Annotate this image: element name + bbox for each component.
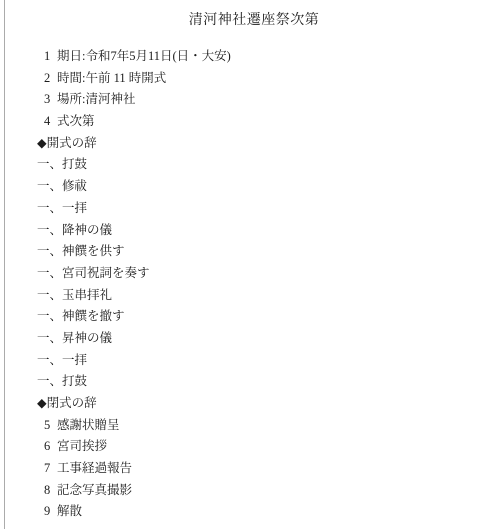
program-line: 6宮司挨拶: [37, 436, 490, 458]
line-text: 一、打鼓: [37, 157, 87, 171]
line-text: 期日:令和7年5月11日(日・大安): [57, 49, 231, 63]
line-text: 一、修祓: [37, 179, 87, 193]
line-number: 5: [44, 415, 57, 437]
line-text: 一、神饌を供す: [37, 244, 125, 258]
document-title: 清河神社遷座祭次第: [8, 9, 500, 29]
program-line: 一、玉串拝礼: [37, 285, 490, 307]
program-line: 5感謝状贈呈: [37, 415, 490, 437]
line-text: 時間:午前 11 時開式: [57, 71, 166, 85]
program-line: 一、修祓: [37, 176, 490, 198]
line-text: 解散: [57, 504, 82, 518]
program-line: 一、一拝: [37, 198, 490, 220]
program-line: 8記念写真撮影: [37, 480, 490, 502]
line-text: 宮司挨拶: [57, 439, 107, 453]
program-line: ◆閉式の辞: [37, 393, 490, 415]
line-text: ◆開式の辞: [37, 136, 97, 150]
line-number: 4: [44, 111, 57, 133]
program-line: 一、打鼓: [37, 154, 490, 176]
line-text: 一、打鼓: [37, 374, 87, 388]
line-text: 一、昇神の儀: [37, 331, 112, 345]
program-line: 1期日:令和7年5月11日(日・大安): [37, 46, 490, 68]
line-text: 一、玉串拝礼: [37, 288, 112, 302]
line-number: 9: [44, 501, 57, 523]
program-line: 3場所:清河神社: [37, 89, 490, 111]
program-line: 一、打鼓: [37, 371, 490, 393]
program-line: 一、神饌を供す: [37, 241, 490, 263]
document-body: 1期日:令和7年5月11日(日・大安)2時間:午前 11 時開式3場所:清河神社…: [37, 46, 490, 523]
line-text: 一、神饌を撤す: [37, 309, 125, 323]
program-line: ◆開式の辞: [37, 133, 490, 155]
program-line: 9解散: [37, 501, 490, 523]
line-number: 8: [44, 480, 57, 502]
line-number: 3: [44, 89, 57, 111]
program-line: 4式次第: [37, 111, 490, 133]
program-line: 一、昇神の儀: [37, 328, 490, 350]
page-edge-line: [4, 0, 5, 529]
line-text: 一、一拝: [37, 201, 87, 215]
line-text: 工事経過報告: [57, 461, 132, 475]
line-text: 一、降神の儀: [37, 223, 112, 237]
program-line: 一、神饌を撤す: [37, 306, 490, 328]
line-number: 2: [44, 68, 57, 90]
line-text: 記念写真撮影: [57, 483, 132, 497]
line-text: ◆閉式の辞: [37, 396, 97, 410]
document-page: { "page": { "background": "#ffffff", "ed…: [0, 0, 500, 529]
line-number: 7: [44, 458, 57, 480]
program-line: 7工事経過報告: [37, 458, 490, 480]
program-line: 一、宮司祝詞を奏す: [37, 263, 490, 285]
line-text: 一、宮司祝詞を奏す: [37, 266, 150, 280]
line-number: 6: [44, 436, 57, 458]
program-line: 一、一拝: [37, 350, 490, 372]
line-number: 1: [44, 46, 57, 68]
program-line: 2時間:午前 11 時開式: [37, 68, 490, 90]
line-text: 一、一拝: [37, 353, 87, 367]
program-line: 一、降神の儀: [37, 220, 490, 242]
line-text: 場所:清河神社: [57, 92, 135, 106]
line-text: 感謝状贈呈: [57, 418, 120, 432]
line-text: 式次第: [57, 114, 95, 128]
